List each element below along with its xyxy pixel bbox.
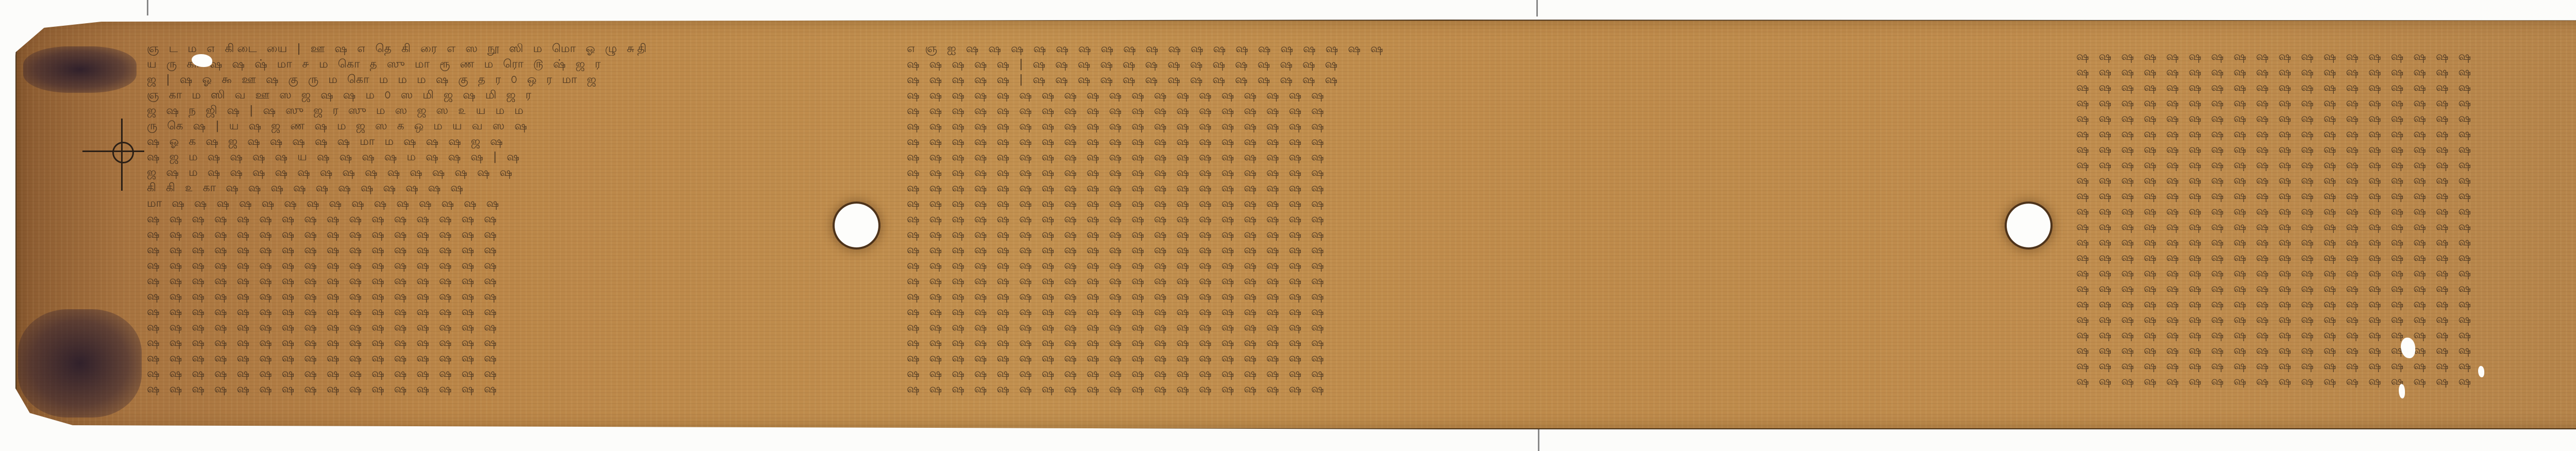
manuscript-line: ஷ ஷ ஷ ஷ ஷ ஷ ஷ ஷ ஷ ஷ ஷ ஷ ஷ ஷ ஷ ஷ ஷ ஷ ஷ — [907, 180, 1989, 196]
manuscript-line: ஷ ஷ ஷ ஷ ஷ ஷ ஷ ஷ ஷ ஷ ஷ ஷ ஷ ஷ ஷ ஷ ஷ ஷ — [2076, 64, 2576, 80]
manuscript-line: ஷ ஷ ஷ ஷ ஷ ஷ ஷ ஷ ஷ ஷ ஷ ஷ ஷ ஷ ஷ ஷ ஷ ஷ — [2076, 312, 2576, 327]
text-lines: ௭ ஞ ஐ ஷ ஷ ஷ ஷ ஷ ஷ ஷ ஷ ஷ ஷ ஷ ஷ ஷ ஷ ஷ ஷ ஷ … — [907, 41, 1989, 397]
manuscript-line: ஷ ஷ ஷ ஷ ஷ ஷ ஷ ஷ ஷ ஷ ஷ ஷ ஷ ஷ ஷ ஷ ஷ ஷ — [2076, 80, 2576, 95]
manuscript-line: ஷ ஷ ஷ ஷ ஷ ஷ ஷ ஷ ஷ ஷ ஷ ஷ ஷ ஷ ஷ ஷ ஷ ஷ — [2076, 49, 2576, 64]
manuscript-line: ஷ ஷ ஷ ஷ ஷ ஷ ஷ ஷ ஷ ஷ ஷ ஷ ஷ ஷ ஷ ஷ ஷ ஷ — [2076, 265, 2576, 281]
manuscript-line: ஷ ஷ ஷ ஷ ஷ ஷ ஷ ஷ ஷ ஷ ஷ ஷ ஷ ஷ ஷ ஷ ஷ ஷ — [2076, 111, 2576, 126]
text-column-right: ஷ ஷ ஷ ஷ ஷ ஷ ஷ ஷ ஷ ஷ ஷ ஷ ஷ ஷ ஷ ஷ ஷ ஷஷ ஷ ஷ… — [2076, 49, 2576, 412]
manuscript-line: ஷ ஷ ஷ ஷ ஷ ஷ ஷ ஷ ஷ ஷ ஷ ஷ ஷ ஷ ஷ ஷ — [147, 211, 811, 227]
manuscript-line: ஷ ஷ ஷ ஷ ஷ ஷ ஷ ஷ ஷ ஷ ஷ ஷ ஷ ஷ ஷ ஷ ஷ ஷ — [2076, 358, 2576, 374]
leaf-damage — [2478, 366, 2484, 377]
manuscript-line: ஷ ஷ ஷ ஷ ஷ ஷ ஷ ஷ ஷ ஷ ஷ ஷ ஷ ஷ ஷ ஷ ஷ ஷ ஷ — [907, 258, 1989, 273]
manuscript-line: ஷ ஷ ஷ ஷ ஷ ஷ ஷ ஷ ஷ ஷ ஷ ஷ ஷ ஷ ஷ ஷ ஷ ஷ ஷ — [907, 119, 1989, 134]
text-lines: ஷ ஷ ஷ ஷ ஷ ஷ ஷ ஷ ஷ ஷ ஷ ஷ ஷ ஷ ஷ ஷ ஷ ஷஷ ஷ ஷ… — [2076, 49, 2576, 389]
manuscript-line: ஷ ஷ ஷ ஷ ஷ ஷ ஷ ஷ ஷ ஷ ஷ ஷ ஷ ஷ ஷ ஷ ஷ ஷ ஷ — [907, 320, 1989, 335]
manuscript-line: ஷ ஷ ஷ ஷ ஷ ஷ ஷ ஷ ஷ ஷ ஷ ஷ ஷ ஷ ஷ ஷ ஷ ஷ ஷ — [907, 134, 1989, 149]
manuscript-line: ஷ ஷ ஷ ஷ ஷ ஷ ஷ ஷ ஷ ஷ ஷ ஷ ஷ ஷ ஷ ஷ — [147, 381, 811, 397]
manuscript-line: ஷ ஷ ஷ ஷ ஷ ஷ ஷ ஷ ஷ ஷ ஷ ஷ ஷ ஷ ஷ ஷ ஷ ஷ ஷ — [907, 335, 1989, 350]
manuscript-line: ஷ ஷ ஷ ஷ ஷ ஷ ஷ ஷ ஷ ஷ ஷ ஷ ஷ ஷ ஷ ஷ — [147, 304, 811, 320]
manuscript-line: ஷ ஷ ஷ ஷ ஷ ஷ ஷ ஷ ஷ ஷ ஷ ஷ ஷ ஷ ஷ ஷ — [147, 335, 811, 350]
scan-guide-mark — [1536, 0, 1538, 16]
manuscript-line: ஷ ஷ ஷ ஷ ஷ ஷ ஷ ஷ ஷ ஷ ஷ ஷ ஷ ஷ ஷ ஷ — [147, 350, 811, 366]
cross-mark-symbol — [82, 119, 144, 191]
manuscript-line: ஜ | ஷ ஓ ௯ ஊ ஷ கு ரு ம கொ ம ம ம ஷ கு த ர … — [147, 72, 811, 88]
manuscript-line: ஷ ஷ ஷ ஷ ஷ ஷ ஷ ஷ ஷ ஷ ஷ ஷ ஷ ஷ ஷ ஷ ஷ ஷ ஷ — [907, 165, 1989, 180]
manuscript-line: ஷ ஷ ஷ ஷ ஷ ஷ ஷ ஷ ஷ ஷ ஷ ஷ ஷ ஷ ஷ ஷ ஷ ஷ — [2076, 126, 2576, 142]
manuscript-line: ஞ கா ம ஸி வ ஊ ஸ ஜ ஷ ஷ ம ௦ ஸ மி ஜ ஷ மி ஜ … — [147, 88, 811, 103]
manuscript-line: ௭ ஞ ஐ ஷ ஷ ஷ ஷ ஷ ஷ ஷ ஷ ஷ ஷ ஷ ஷ ஷ ஷ ஷ ஷ ஷ … — [907, 41, 1989, 57]
scan-guide-mark — [1538, 427, 1539, 451]
manuscript-line: ஷ ஷ ஷ ஷ ஷ ஷ ஷ ஷ ஷ ஷ ஷ ஷ ஷ ஷ ஷ ஷ ஷ ஷ — [2076, 204, 2576, 219]
manuscript-line: ஷ ஷ ஷ ஷ ஷ ஷ ஷ ஷ ஷ ஷ ஷ ஷ ஷ ஷ ஷ ஷ ஷ ஷ — [2076, 327, 2576, 343]
manuscript-line: ஷ ஷ ஷ ஷ ஷ ஷ ஷ ஷ ஷ ஷ ஷ ஷ ஷ ஷ ஷ ஷ ஷ ஷ ஷ — [907, 381, 1989, 397]
manuscript-line: ய ரு கா ஷ ஷ ஷ் மா ௪ ம கொ த ஸு மா ரூ ண ம … — [147, 57, 811, 72]
manuscript-line: ஷ ஷ ஷ ஷ ஷ ஷ ஷ ஷ ஷ ஷ ஷ ஷ ஷ ஷ ஷ ஷ ஷ ஷ — [2076, 173, 2576, 188]
scan-guide-mark — [147, 0, 148, 15]
manuscript-line: ஷ ஷ ஷ ஷ ஷ ஷ ஷ ஷ ஷ ஷ ஷ ஷ ஷ ஷ ஷ ஷ ஷ ஷ — [2076, 250, 2576, 265]
manuscript-line: கி கி ௨ கா ஷ ஷ ஷ ஷ ஷ ஷ ஷ ஷ ஷ ஷ ஷ — [147, 180, 811, 196]
manuscript-line: ஷ ஷ ஷ ஷ ஷ ஷ ஷ ஷ ஷ ஷ ஷ ஷ ஷ ஷ ஷ ஷ ஷ ஷ — [2076, 296, 2576, 312]
manuscript-line: ஷ ஜ ம ஷ ஷ ஷ ஷ ய ஷ ஷ ஷ ஷ ம ஷ ஷ ஷ | ஷ — [147, 149, 811, 165]
manuscript-line: ஷ ஷ ஷ ஷ ஷ ஷ ஷ ஷ ஷ ஷ ஷ ஷ ஷ ஷ ஷ ஷ — [147, 366, 811, 381]
manuscript-line: ஷ ஷ ஷ ஷ ஷ ஷ ஷ ஷ ஷ ஷ ஷ ஷ ஷ ஷ ஷ ஷ ஷ ஷ — [2076, 142, 2576, 157]
manuscript-line: ஷ ஷ ஷ ஷ ஷ ஷ ஷ ஷ ஷ ஷ ஷ ஷ ஷ ஷ ஷ ஷ ஷ ஷ ஷ — [907, 289, 1989, 304]
manuscript-line: ஷ ஷ ஷ ஷ ஷ ஷ ஷ ஷ ஷ ஷ ஷ ஷ ஷ ஷ ஷ ஷ ஷ ஷ ஷ — [907, 211, 1989, 227]
manuscript-line: ஷ ஷ ஷ ஷ ஷ ஷ ஷ ஷ ஷ ஷ ஷ ஷ ஷ ஷ ஷ ஷ ஷ ஷ ஷ — [907, 88, 1989, 103]
manuscript-line: ஷ ஷ ஷ ஷ ஷ ஷ ஷ ஷ ஷ ஷ ஷ ஷ ஷ ஷ ஷ ஷ ஷ ஷ ஷ — [907, 149, 1989, 165]
manuscript-line: ஷ ஓ க ஷ ஜ ஷ ஷ ஷ ஷ ஷ மா ம ஷ ஷ ஷ ஜ ஷ — [147, 134, 811, 149]
manuscript-line: ஷ ஷ ஷ ஷ ஷ ஷ ஷ ஷ ஷ ஷ ஷ ஷ ஷ ஷ ஷ ஷ ஷ ஷ — [2076, 343, 2576, 358]
manuscript-line: ஷ ஷ ஷ ஷ ஷ ஷ ஷ ஷ ஷ ஷ ஷ ஷ ஷ ஷ ஷ ஷ ஷ ஷ — [2076, 281, 2576, 296]
manuscript-line: மா ஷ ஷ ஷ ஷ ஷ ஷ ஷ ஷ ஷ ஷ ஷ ஷ ஷ ஷ ஷ — [147, 196, 811, 211]
ink-smudge — [18, 309, 142, 417]
manuscript-line: ஷ ஷ ஷ ஷ ஷ ஷ ஷ ஷ ஷ ஷ ஷ ஷ ஷ ஷ ஷ ஷ ஷ ஷ ஷ — [907, 350, 1989, 366]
text-column-middle: ௭ ஞ ஐ ஷ ஷ ஷ ஷ ஷ ஷ ஷ ஷ ஷ ஷ ஷ ஷ ஷ ஷ ஷ ஷ ஷ … — [907, 41, 1989, 412]
manuscript-line: ஷ ஷ ஷ ஷ ஷ ஷ ஷ ஷ ஷ ஷ ஷ ஷ ஷ ஷ ஷ ஷ — [147, 242, 811, 258]
manuscript-line: ஜ ஷ ம ஷ ஷ ஷ ஷ ஷ ஷ ஷ ஷ ஷ ஷ ஷ ஷ ஷ ஷ — [147, 165, 811, 180]
manuscript-line: ஷ ஷ ஷ ஷ ஷ ஷ ஷ ஷ ஷ ஷ ஷ ஷ ஷ ஷ ஷ ஷ — [147, 227, 811, 242]
manuscript-line: ஷ ஷ ஷ ஷ ஷ ஷ ஷ ஷ ஷ ஷ ஷ ஷ ஷ ஷ ஷ ஷ ஷ ஷ ஷ — [907, 103, 1989, 119]
text-column-left: ஞ ட ம ௭ கிடை யை | ஊ ஷ ௭ தெ கி ரை எ ஸ நூ … — [147, 41, 811, 412]
manuscript-line: ஷ ஷ ஷ ஷ ஷ ஷ ஷ ஷ ஷ ஷ ஷ ஷ ஷ ஷ ஷ ஷ ஷ ஷ ஷ — [907, 304, 1989, 320]
manuscript-line: ஷ ஷ ஷ ஷ ஷ ஷ ஷ ஷ ஷ ஷ ஷ ஷ ஷ ஷ ஷ ஷ ஷ ஷ ஷ — [907, 366, 1989, 381]
ink-smudge — [23, 46, 137, 93]
manuscript-line: ஷ ஷ ஷ ஷ ஷ ஷ ஷ ஷ ஷ ஷ ஷ ஷ ஷ ஷ ஷ ஷ ஷ ஷ ஷ — [907, 273, 1989, 289]
manuscript-line: ஷ ஷ ஷ ஷ ஷ ஷ ஷ ஷ ஷ ஷ ஷ ஷ ஷ ஷ ஷ ஷ — [147, 289, 811, 304]
manuscript-line: ஷ ஷ ஷ ஷ ஷ ஷ ஷ ஷ ஷ ஷ ஷ ஷ ஷ ஷ ஷ ஷ ஷ ஷ — [2076, 374, 2576, 389]
manuscript-line: ஷ ஷ ஷ ஷ ஷ ஷ ஷ ஷ ஷ ஷ ஷ ஷ ஷ ஷ ஷ ஷ ஷ ஷ ஷ — [907, 227, 1989, 242]
manuscript-line: ஷ ஷ ஷ ஷ ஷ ஷ ஷ ஷ ஷ ஷ ஷ ஷ ஷ ஷ ஷ ஷ ஷ ஷ — [2076, 219, 2576, 235]
text-lines: ஞ ட ம ௭ கிடை யை | ஊ ஷ ௭ தெ கி ரை எ ஸ நூ … — [147, 41, 811, 397]
manuscript-line: ஷ ஷ ஷ ஷ ஷ | ஷ ஷ ஷ ஷ ஷ ஷ ஷ ஷ ஷ ஷ ஷ ஷ ஷ ஷ — [907, 72, 1989, 88]
manuscript-line: ஷ ஷ ஷ ஷ ஷ ஷ ஷ ஷ ஷ ஷ ஷ ஷ ஷ ஷ ஷ ஷ — [147, 273, 811, 289]
manuscript-line: ஷ ஷ ஷ ஷ ஷ ஷ ஷ ஷ ஷ ஷ ஷ ஷ ஷ ஷ ஷ ஷ ஷ ஷ — [2076, 157, 2576, 173]
manuscript-line: ஞ ட ம ௭ கிடை யை | ஊ ஷ ௭ தெ கி ரை எ ஸ நூ … — [147, 41, 811, 57]
manuscript-line: ஷ ஷ ஷ ஷ ஷ ஷ ஷ ஷ ஷ ஷ ஷ ஷ ஷ ஷ ஷ ஷ — [147, 258, 811, 273]
manuscript-line: ஷ ஷ ஷ ஷ ஷ | ஷ ஷ ஷ ஷ ஷ ஷ ஷ ஷ ஷ ஷ ஷ ஷ ஷ ஷ — [907, 57, 1989, 72]
manuscript-line: ஷ ஷ ஷ ஷ ஷ ஷ ஷ ஷ ஷ ஷ ஷ ஷ ஷ ஷ ஷ ஷ ஷ ஷ ஷ — [907, 196, 1989, 211]
manuscript-line: ஜ ஷ ந ஜி ஷ | ஷ ஸு ஜ ர ஸு ம ஸ ஜ ஸ ௨ ய ம ம — [147, 103, 811, 119]
manuscript-line: ரு கெ ஷ | ய ஷ ஜ ண ஷ ம ஜ ஸ க ஒ ம ய வ ஸ ஷ — [147, 119, 811, 134]
manuscript-line: ஷ ஷ ஷ ஷ ஷ ஷ ஷ ஷ ஷ ஷ ஷ ஷ ஷ ஷ ஷ ஷ ஷ ஷ — [2076, 188, 2576, 204]
manuscript-line: ஷ ஷ ஷ ஷ ஷ ஷ ஷ ஷ ஷ ஷ ஷ ஷ ஷ ஷ ஷ ஷ — [147, 320, 811, 335]
leaf-damage — [2399, 384, 2405, 398]
string-hole — [2007, 204, 2050, 247]
manuscript-line: ஷ ஷ ஷ ஷ ஷ ஷ ஷ ஷ ஷ ஷ ஷ ஷ ஷ ஷ ஷ ஷ ஷ ஷ — [2076, 95, 2576, 111]
manuscript-line: ஷ ஷ ஷ ஷ ஷ ஷ ஷ ஷ ஷ ஷ ஷ ஷ ஷ ஷ ஷ ஷ ஷ ஷ — [2076, 235, 2576, 250]
string-hole — [835, 204, 878, 247]
manuscript-line: ஷ ஷ ஷ ஷ ஷ ஷ ஷ ஷ ஷ ஷ ஷ ஷ ஷ ஷ ஷ ஷ ஷ ஷ ஷ — [907, 242, 1989, 258]
